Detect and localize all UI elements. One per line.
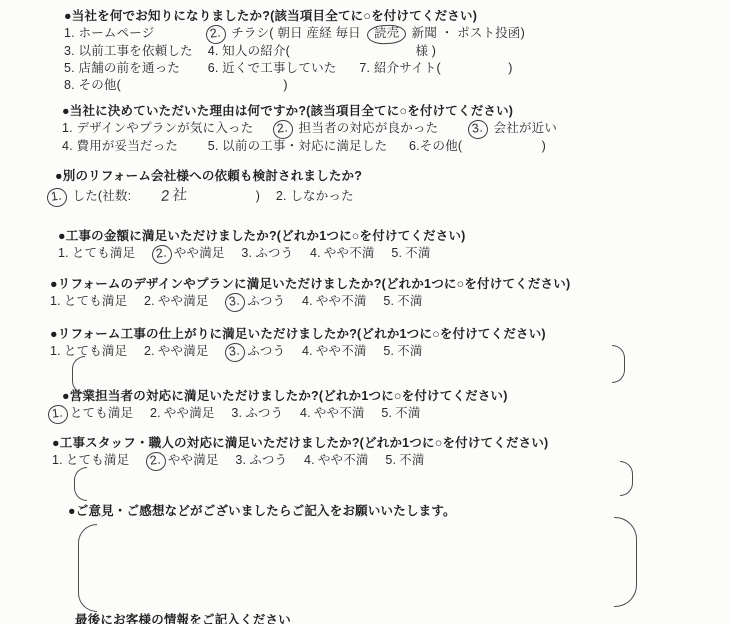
- question-title: ●営業担当者の対応に満足いただけましたか?(どれか1つに○を付けてください): [62, 388, 508, 404]
- question-reason-chosen: ●当社に決めていただいた理由は何ですか?(該当項目全てに○を付けてください) 1…: [62, 103, 557, 154]
- option-yes-company-count: した(社数:: [73, 189, 132, 203]
- satisfaction-options-row: 1.とても満足 2.やや満足 3.ふつう 4.やや不満 5.不満: [50, 344, 546, 360]
- options-row: 4. 費用が妥当だった 5. 以前の工事・対応に満足した 6.その他( ): [62, 139, 557, 154]
- comment-bracket-right: [614, 517, 637, 607]
- option-fair-price: 4. 費用が妥当だった: [62, 139, 204, 154]
- footer-text: 最後にお客様の情報をご記入ください: [75, 612, 291, 624]
- option-referral-suffix: 様 ): [415, 44, 436, 58]
- option-yes-close: ): [256, 189, 260, 203]
- option-other-close: ): [283, 78, 287, 92]
- option-dissatisfied: 5.不満: [383, 294, 422, 309]
- options-row: 8. その他( ): [64, 78, 525, 93]
- question-staff-satisfaction: ●工事スタッフ・職人の対応に満足いただけましたか?(どれか1つに○を付けてくださ…: [52, 435, 548, 469]
- option-neutral: 3.ふつう: [235, 453, 287, 468]
- comment-bracket-right: [612, 345, 625, 383]
- circled-option-number: 2.: [205, 24, 227, 45]
- option-dissatisfied: 5.不満: [385, 453, 424, 468]
- option-neutral: 3.ふつう: [241, 246, 293, 261]
- circled-option-number: 3.: [224, 342, 246, 363]
- option-nearby-work: 6. 近くで工事していた: [208, 61, 356, 76]
- option-somewhat-dissatisfied: 4.やや不満: [302, 344, 367, 359]
- satisfaction-options-row: 1.とても満足 2.やや満足 3.ふつう 4.やや不満 5.不満: [52, 453, 548, 469]
- option-neutral: 3.ふつう: [231, 406, 283, 421]
- question-title: ●リフォームのデザインやプランに満足いただけましたか?(どれか1つに○を付けてく…: [50, 276, 570, 292]
- option-rep-good: 担当者の対応が良かった: [299, 121, 439, 135]
- option-homepage: 1. ホームページ: [64, 26, 202, 41]
- option-very-satisfied: 1.とても満足: [50, 294, 127, 309]
- question-title: ●リフォーム工事の仕上がりに満足いただけましたか?(どれか1つに○を付けてくださ…: [50, 326, 546, 342]
- option-dissatisfied: 5.不満: [381, 406, 420, 421]
- circled-option-number: 2.: [272, 119, 294, 140]
- circled-option-number: 3.: [224, 292, 246, 313]
- circled-option-number: 3.: [467, 119, 489, 140]
- option-flyer: チラシ( 朝日 産経 毎日: [231, 26, 361, 40]
- option-very-satisfied: 1.とても満足: [50, 344, 127, 359]
- options-row: 1. ホームページ 2. チラシ( 朝日 産経 毎日 読売 新聞 ・ ポスト投函…: [64, 26, 525, 42]
- question-title: ●ご意見・ご感想などがございましたらご記入をお願いいたします。: [68, 503, 456, 519]
- options-row: 1. した(社数: 2社 ) 2. しなかった: [55, 188, 362, 205]
- footer-customer-info: 最後にお客様の情報をご記入ください: [75, 612, 291, 624]
- question-title: ●当社を何でお知りになりましたか?(該当項目全てに○を付けてください): [64, 8, 525, 24]
- question-design-satisfaction: ●リフォームのデザインやプランに満足いただけましたか?(どれか1つに○を付けてく…: [50, 276, 570, 310]
- option-previous-work: 3. 以前工事を依頼した: [64, 44, 204, 59]
- handwritten-company-count: 2社: [161, 187, 191, 204]
- options-row: 3. 以前工事を依頼した 4. 知人の紹介( 様 ): [64, 44, 525, 59]
- option-somewhat-satisfied: 2.やや満足: [146, 453, 219, 469]
- question-how-found: ●当社を何でお知りになりましたか?(該当項目全てに○を付けてください) 1. ホ…: [64, 8, 525, 93]
- option-very-satisfied: 1.とても満足: [62, 406, 133, 422]
- option-company-near: 会社が近い: [494, 121, 558, 135]
- option-referral-site-close: ): [508, 61, 512, 75]
- option-somewhat-satisfied: 2.やや満足: [144, 344, 209, 359]
- option-very-satisfied: 1.とても満足: [58, 246, 135, 261]
- question-finish-satisfaction: ●リフォーム工事の仕上がりに満足いただけましたか?(どれか1つに○を付けてくださ…: [50, 326, 546, 360]
- scanned-survey-form: { "form": { "ink_color": "#2a2a2a", "q_s…: [0, 0, 730, 624]
- option-other-close: ): [542, 139, 546, 153]
- option-passed-store: 5. 店舗の前を通った: [64, 61, 204, 76]
- option-referral-site: 7. 紹介サイト(: [359, 61, 441, 75]
- option-no: 2. しなかった: [276, 189, 354, 203]
- option-neutral: 3.ふつう: [225, 344, 285, 360]
- satisfaction-options-row: 1.とても満足 2.やや満足 3.ふつう 4.やや不満 5.不満: [62, 406, 508, 422]
- option-flyer-suffix: 新聞 ・ ポスト投函): [412, 26, 525, 40]
- circled-option-number: 2.: [145, 451, 167, 472]
- question-price-satisfaction: ●工事の金額に満足いただけましたか?(どれか1つに○を付けてください) 1.とて…: [58, 228, 466, 262]
- question-considered-other-companies: ●別のリフォーム会社様への依頼も検討されましたか? 1. した(社数: 2社 )…: [55, 168, 362, 205]
- option-other: 6.その他(: [409, 139, 462, 153]
- option-very-satisfied: 1.とても満足: [52, 453, 129, 468]
- options-row: 1. デザインやプランが気に入った 2. 担当者の対応が良かった 3. 会社が近…: [62, 121, 557, 137]
- circled-option-number: 2.: [151, 244, 173, 265]
- question-sales-rep-satisfaction: ●営業担当者の対応に満足いただけましたか?(どれか1つに○を付けてください) 1…: [62, 388, 508, 422]
- option-somewhat-satisfied: 2.やや満足: [150, 406, 215, 421]
- circled-newspaper-yomiuri: 読売: [366, 24, 406, 44]
- option-somewhat-dissatisfied: 4.やや不満: [302, 294, 367, 309]
- option-dissatisfied: 5.不満: [383, 344, 422, 359]
- comment-bracket-right: [620, 461, 633, 496]
- option-somewhat-satisfied: 2.やや満足: [144, 294, 209, 309]
- circled-option-number: 1.: [47, 404, 69, 425]
- comment-bracket-left: [78, 524, 97, 612]
- option-neutral: 3.ふつう: [225, 294, 285, 310]
- option-other: 8. その他(: [64, 78, 121, 92]
- option-somewhat-dissatisfied: 4.やや不満: [300, 406, 365, 421]
- option-somewhat-satisfied: 2.やや満足: [152, 246, 225, 262]
- options-row: 5. 店舗の前を通った 6. 近くで工事していた 7. 紹介サイト( ): [64, 61, 525, 76]
- circled-option-number: 1.: [46, 187, 68, 208]
- satisfaction-options-row: 1.とても満足 2.やや満足 3.ふつう 4.やや不満 5.不満: [58, 246, 466, 262]
- option-referral: 4. 知人の紹介(: [208, 44, 290, 58]
- comment-bracket-left: [74, 467, 87, 501]
- satisfaction-options-row: 1.とても満足 2.やや満足 3.ふつう 4.やや不満 5.不満: [50, 294, 570, 310]
- question-title: ●当社に決めていただいた理由は何ですか?(該当項目全てに○を付けてください): [62, 103, 557, 119]
- question-comments: ●ご意見・ご感想などがございましたらご記入をお願いいたします。: [68, 503, 456, 519]
- option-past-satisfaction: 5. 以前の工事・対応に満足した: [208, 139, 388, 153]
- question-title: ●工事スタッフ・職人の対応に満足いただけましたか?(どれか1つに○を付けてくださ…: [52, 435, 548, 451]
- option-design-liked: 1. デザインやプランが気に入った: [62, 121, 253, 135]
- option-somewhat-dissatisfied: 4.やや不満: [310, 246, 375, 261]
- question-title: ●工事の金額に満足いただけましたか?(どれか1つに○を付けてください): [58, 228, 466, 244]
- question-title: ●別のリフォーム会社様への依頼も検討されましたか?: [55, 168, 362, 184]
- option-dissatisfied: 5.不満: [391, 246, 430, 261]
- option-somewhat-dissatisfied: 4.やや不満: [304, 453, 369, 468]
